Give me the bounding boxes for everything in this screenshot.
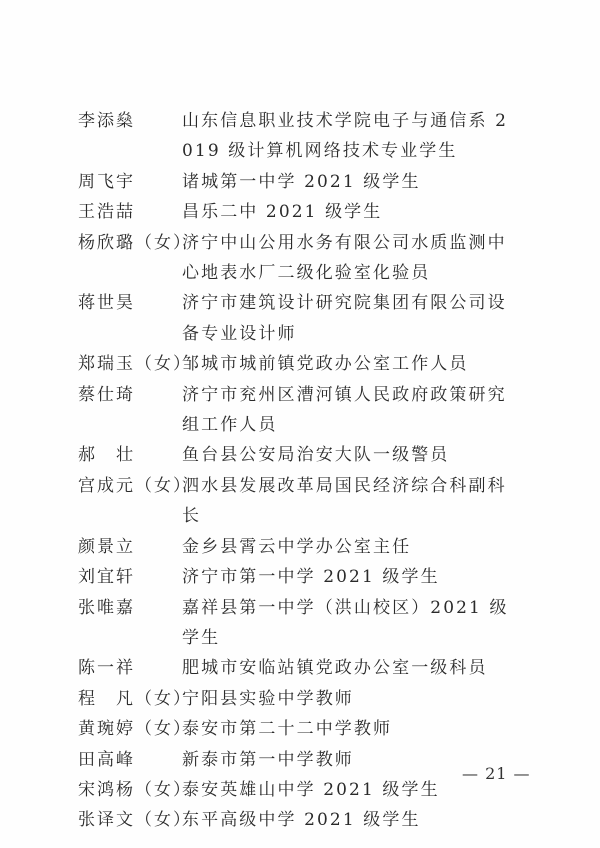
person-name: 程 凡（女） — [78, 684, 182, 714]
person-name: 宫成元（女） — [78, 471, 182, 501]
person-name: 刘宜轩 — [78, 562, 182, 592]
list-item: 颜景立 金乡县霄云中学办公室主任 — [78, 532, 518, 562]
person-description: 肥城市安临站镇党政办公室一级科员 — [182, 653, 518, 683]
document-page: 李添燊 山东信息职业技术学院电子与通信系 2019 级计算机网络技术专业学生 周… — [0, 0, 600, 848]
person-name: 蒋世昊 — [78, 288, 182, 318]
list-item: 郑瑞玉（女） 邹城市城前镇党政办公室工作人员 — [78, 349, 518, 379]
person-name: 张唯嘉 — [78, 593, 182, 623]
person-description: 昌乐二中 2021 级学生 — [182, 197, 518, 227]
list-item: 蒋世昊 济宁市建筑设计研究院集团有限公司设备专业设计师 — [78, 288, 518, 349]
list-item: 刘宜轩 济宁市第一中学 2021 级学生 — [78, 562, 518, 592]
person-name: 郝 壮 — [78, 440, 182, 470]
list-item: 宫成元（女） 泗水县发展改革局国民经济综合科副科长 — [78, 471, 518, 532]
person-description: 宁阳县实验中学教师 — [182, 684, 518, 714]
person-description: 山东信息职业技术学院电子与通信系 2019 级计算机网络技术专业学生 — [182, 106, 518, 167]
list-item: 张唯嘉 嘉祥县第一中学（洪山校区）2021 级学生 — [78, 593, 518, 654]
person-description: 济宁市兖州区漕河镇人民政府政策研究组工作人员 — [182, 380, 518, 441]
person-description: 东平高级中学 2021 级学生 — [182, 805, 518, 835]
person-description: 济宁中山公用水务有限公司水质监测中心地表水厂二级化验室化验员 — [182, 228, 518, 289]
person-description: 金乡县霄云中学办公室主任 — [182, 532, 518, 562]
person-name: 郑瑞玉（女） — [78, 349, 182, 379]
list-item: 杨欣璐（女） 济宁中山公用水务有限公司水质监测中心地表水厂二级化验室化验员 — [78, 228, 518, 289]
name-list: 李添燊 山东信息职业技术学院电子与通信系 2019 级计算机网络技术专业学生 周… — [78, 106, 518, 836]
person-name: 黄琬婷（女） — [78, 714, 182, 744]
person-description: 济宁市第一中学 2021 级学生 — [182, 562, 518, 592]
person-name: 李添燊 — [78, 106, 182, 136]
person-name: 张译文（女） — [78, 805, 182, 835]
list-item: 宋鸿杨（女） 泰安英雄山中学 2021 级学生 — [78, 775, 518, 805]
list-item: 李添燊 山东信息职业技术学院电子与通信系 2019 级计算机网络技术专业学生 — [78, 106, 518, 167]
list-item: 郝 壮 鱼台县公安局治安大队一级警员 — [78, 440, 518, 470]
person-name: 陈一祥 — [78, 653, 182, 683]
person-name: 颜景立 — [78, 532, 182, 562]
list-item: 黄琬婷（女） 泰安市第二十二中学教师 — [78, 714, 518, 744]
person-description: 鱼台县公安局治安大队一级警员 — [182, 440, 518, 470]
list-item: 王浩喆 昌乐二中 2021 级学生 — [78, 197, 518, 227]
person-description: 诸城第一中学 2021 级学生 — [182, 167, 518, 197]
list-item: 周飞宇 诸城第一中学 2021 级学生 — [78, 167, 518, 197]
person-name: 周飞宇 — [78, 167, 182, 197]
list-item: 程 凡（女） 宁阳县实验中学教师 — [78, 684, 518, 714]
list-item: 田高峰 新泰市第一中学教师 — [78, 745, 518, 775]
person-description: 泰安市第二十二中学教师 — [182, 714, 518, 744]
list-item: 陈一祥 肥城市安临站镇党政办公室一级科员 — [78, 653, 518, 683]
person-name: 宋鸿杨（女） — [78, 775, 182, 805]
person-description: 济宁市建筑设计研究院集团有限公司设备专业设计师 — [182, 288, 518, 349]
person-description: 邹城市城前镇党政办公室工作人员 — [182, 349, 518, 379]
person-name: 田高峰 — [78, 745, 182, 775]
person-name: 蔡仕琦 — [78, 380, 182, 410]
person-description: 泗水县发展改革局国民经济综合科副科长 — [182, 471, 518, 532]
page-number: — 21 — — [462, 764, 531, 783]
person-name: 杨欣璐（女） — [78, 228, 182, 258]
list-item: 蔡仕琦 济宁市兖州区漕河镇人民政府政策研究组工作人员 — [78, 380, 518, 441]
list-item: 张译文（女） 东平高级中学 2021 级学生 — [78, 805, 518, 835]
person-name: 王浩喆 — [78, 197, 182, 227]
person-description: 嘉祥县第一中学（洪山校区）2021 级学生 — [182, 593, 518, 654]
